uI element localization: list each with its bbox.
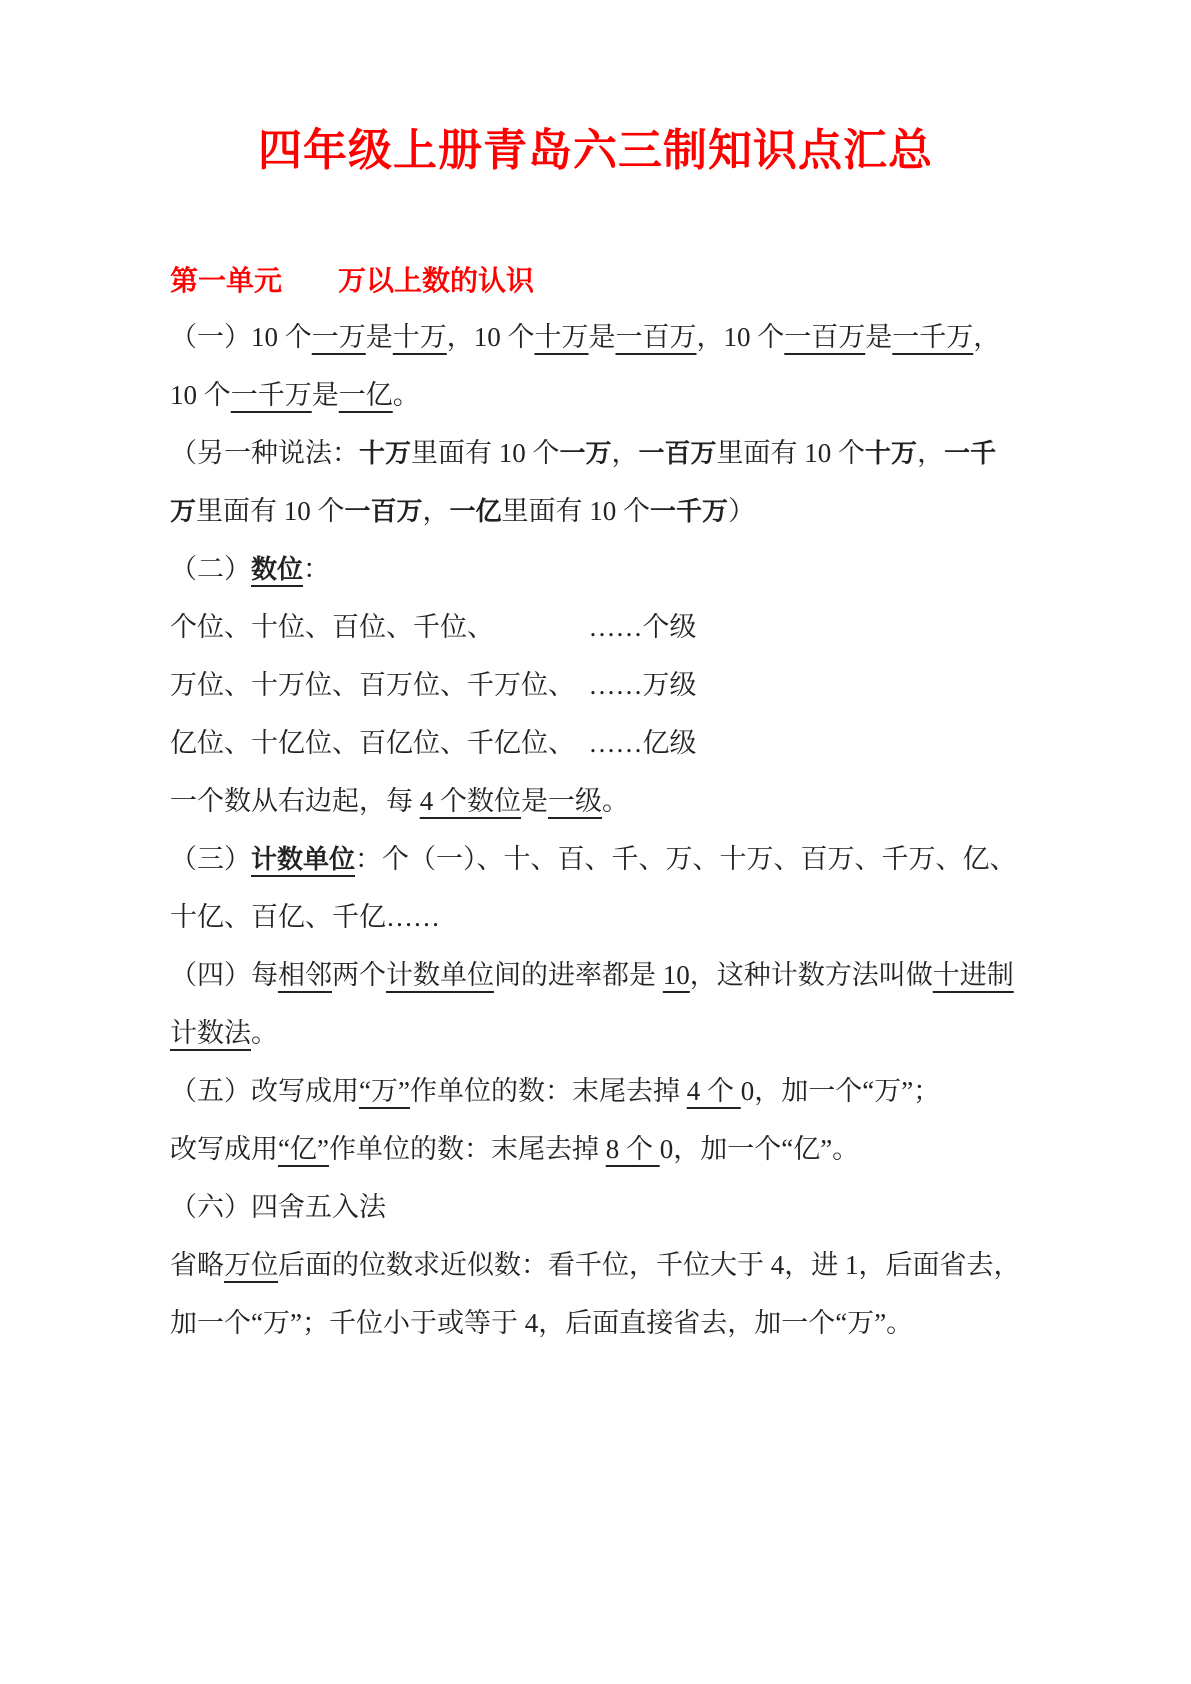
text-line: 十亿、百亿、千亿……: [170, 888, 1021, 946]
text-run: ，10 个: [447, 322, 535, 352]
text-run: ，这种计数方法叫做: [690, 960, 933, 990]
text-line: （五）改写成用“万”作单位的数：末尾去掉 4 个 0，加一个“万”；: [170, 1062, 1021, 1120]
text-run: 里面有 10 个: [411, 438, 560, 468]
underlined-text: 数位: [251, 554, 303, 584]
underlined-text: 计数法: [170, 1018, 251, 1048]
text-run: 作单位的数：末尾去掉: [329, 1134, 606, 1164]
emphasis-text: 一亿: [450, 496, 502, 526]
text-line: 加一个“万”；千位小于或等于 4，后面直接省去，加一个“万”。: [170, 1294, 1021, 1352]
text-run: 是: [589, 322, 616, 352]
text-run: （六）四舍五入法: [170, 1192, 386, 1222]
text-run: 加一个“万”；千位小于或等于 4，后面直接省去，加一个“万”。: [170, 1308, 913, 1338]
text-run: （三）: [170, 844, 251, 874]
underlined-text: 一级: [548, 786, 602, 816]
text-run: ，: [612, 438, 639, 468]
text-line: （另一种说法：十万里面有 10 个一万，一百万里面有 10 个十万，一千: [170, 424, 1021, 482]
underlined-text: 十万: [393, 322, 447, 352]
text-line: （四）每相邻两个计数单位间的进率都是 10，这种计数方法叫做十进制: [170, 946, 1021, 1004]
text-run: 0，加一个“万”；: [741, 1076, 940, 1106]
text-run: ，10 个: [697, 322, 785, 352]
text-run: 里面有 10 个: [502, 496, 651, 526]
underlined-text: 一万: [312, 322, 366, 352]
text-line: （六）四舍五入法: [170, 1178, 1021, 1236]
underlined-text: 万位: [224, 1250, 278, 1280]
text-run: （五）改写成用: [170, 1076, 359, 1106]
text-line: 计数法。: [170, 1004, 1021, 1062]
underlined-text: 十万: [535, 322, 589, 352]
underlined-text: 计数单位: [386, 960, 494, 990]
text-run: ，: [423, 496, 450, 526]
underlined-text: 相邻: [278, 960, 332, 990]
text-run: 里面有 10 个: [196, 496, 345, 526]
underlined-text: 一百万: [616, 322, 697, 352]
text-run: 是: [865, 322, 892, 352]
underlined-text: 一千万: [231, 380, 312, 410]
text-line: 10 个一千万是一亿。: [170, 366, 1021, 424]
text-run: 个位、十位、百位、千位、 ……个级: [170, 612, 697, 642]
document-page: 四年级上册青岛六三制知识点汇总 第一单元 万以上数的认识 （一）10 个一万是十…: [0, 0, 1191, 1684]
text-run: 万位、十万位、百万位、千万位、 ……万级: [170, 670, 697, 700]
document-title: 四年级上册青岛六三制知识点汇总: [170, 122, 1021, 179]
text-line: 改写成用“亿”作单位的数：末尾去掉 8 个 0，加一个“亿”。: [170, 1120, 1021, 1178]
text-run: （二）: [170, 554, 251, 584]
text-run: ：个（一）、十、百、千、万、十万、百万、千万、亿、: [355, 844, 1017, 874]
emphasis-text: 十万: [865, 438, 917, 468]
text-run: （四）每: [170, 960, 278, 990]
text-run: 10 个: [170, 380, 231, 410]
emphasis-text: 万: [170, 496, 196, 526]
underlined-text: 8 个: [606, 1134, 660, 1164]
text-run: 是: [521, 786, 548, 816]
underlined-text: 10: [663, 960, 690, 990]
text-run: 。: [393, 380, 420, 410]
text-line: 一个数从右边起，每 4 个数位是一级。: [170, 772, 1021, 830]
underlined-text: 一百万: [784, 322, 865, 352]
text-run: ，: [973, 322, 1000, 352]
text-run: 改写成用: [170, 1134, 278, 1164]
document-body: （一）10 个一万是十万，10 个十万是一百万，10 个一百万是一千万，10 个…: [170, 308, 1021, 1352]
text-run: 。: [602, 786, 629, 816]
text-run: 是: [366, 322, 393, 352]
text-run: （另一种说法：: [170, 438, 359, 468]
section-heading: 第一单元 万以上数的认识: [170, 262, 1021, 302]
text-run: 。: [251, 1018, 278, 1048]
underlined-text: 4 个: [687, 1076, 741, 1106]
text-run: 是: [312, 380, 339, 410]
text-run: 后面的位数求近似数：看千位，千位大于 4，进 1，后面省去，: [278, 1250, 1021, 1280]
underlined-text: 一千万: [892, 322, 973, 352]
emphasis-text: 一千: [944, 438, 996, 468]
text-run: 作单位的数：末尾去掉: [410, 1076, 687, 1106]
text-run: 一个数从右边起，每: [170, 786, 420, 816]
text-line: 个位、十位、百位、千位、 ……个级: [170, 598, 1021, 656]
underlined-text: “亿”: [278, 1134, 329, 1164]
text-line: （一）10 个一万是十万，10 个十万是一百万，10 个一百万是一千万，: [170, 308, 1021, 366]
text-line: 省略万位后面的位数求近似数：看千位，千位大于 4，进 1，后面省去，: [170, 1236, 1021, 1294]
text-run: ）: [728, 496, 755, 526]
emphasis-text: 一万: [560, 438, 612, 468]
text-run: ：: [303, 554, 330, 584]
text-run: 0，加一个“亿”。: [660, 1134, 859, 1164]
text-run: ，: [917, 438, 944, 468]
text-run: （一）10 个: [170, 322, 312, 352]
emphasis-text: 十万: [359, 438, 411, 468]
text-run: 间的进率都是: [494, 960, 663, 990]
text-run: 亿位、十亿位、百亿位、千亿位、 ……亿级: [170, 728, 697, 758]
text-line: 万里面有 10 个一百万，一亿里面有 10 个一千万）: [170, 482, 1021, 540]
text-run: 里面有 10 个: [717, 438, 866, 468]
underlined-text: 4 个数位: [420, 786, 521, 816]
text-line: 万位、十万位、百万位、千万位、 ……万级: [170, 656, 1021, 714]
emphasis-text: 一千万: [650, 496, 728, 526]
underlined-text: 计数单位: [251, 844, 355, 874]
text-run: 省略: [170, 1250, 224, 1280]
text-run: 十亿、百亿、千亿……: [170, 902, 440, 932]
emphasis-text: 一百万: [639, 438, 717, 468]
underlined-text: 一亿: [339, 380, 393, 410]
emphasis-text: 一百万: [345, 496, 423, 526]
text-line: （二）数位：: [170, 540, 1021, 598]
underlined-text: “万”: [359, 1076, 410, 1106]
text-line: （三）计数单位：个（一）、十、百、千、万、十万、百万、千万、亿、: [170, 830, 1021, 888]
text-line: 亿位、十亿位、百亿位、千亿位、 ……亿级: [170, 714, 1021, 772]
underlined-text: 十进制: [933, 960, 1014, 990]
text-run: 两个: [332, 960, 386, 990]
